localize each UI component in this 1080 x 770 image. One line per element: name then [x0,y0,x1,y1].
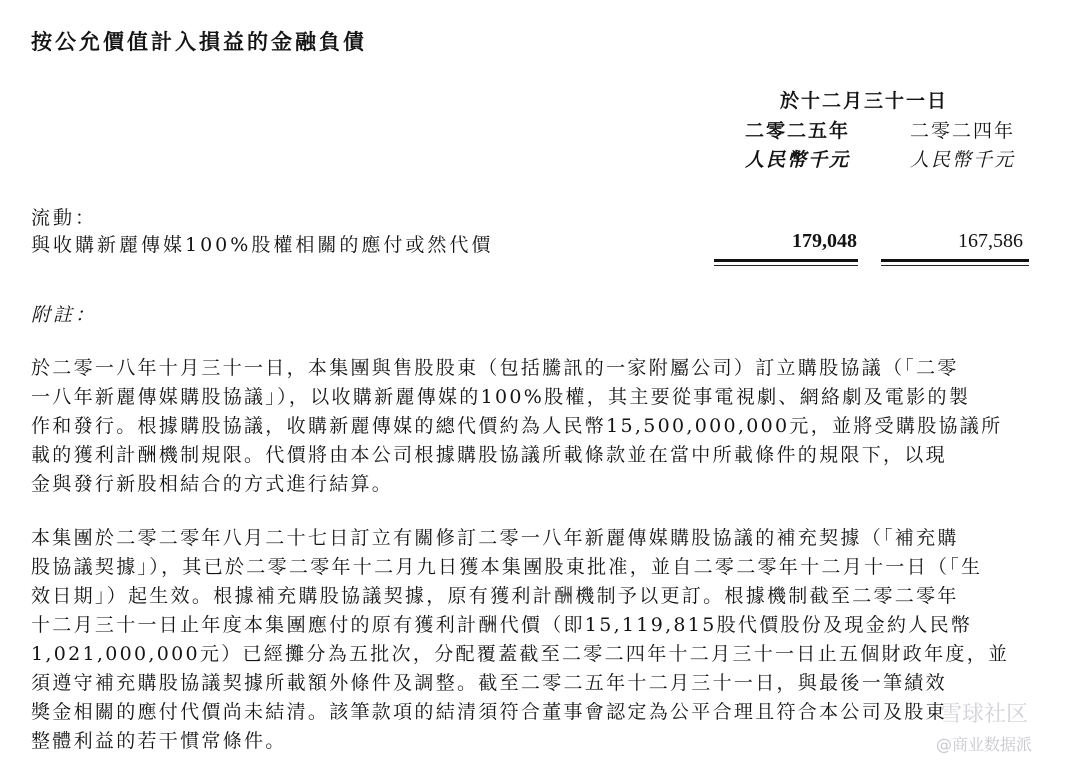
note-line: 十二月三十一日止年度本集團應付的原有獲利計酬代價（即15,119,815股代價股… [31,611,1031,640]
note-line: 作和發行。根據購股協議，收購新麗傳媒的總代價約為人民幣15,500,000,00… [31,412,1031,441]
notes-heading: 附註： [31,300,97,327]
total-double-rule-2025-top [714,259,858,262]
column-year-2024: 二零二四年 [910,116,1015,143]
row-label-contingent-consideration: 與收購新麗傳媒100%股權相關的應付或然代價 [31,230,493,257]
value-2025: 179,048 [707,230,857,253]
note-line: 金與發行新股相結合的方式進行結算。 [31,470,1031,499]
note-line: 於二零一八年十月三十一日，本集團與售股股東（包括騰訊的一家附屬公司）訂立購股協議… [31,354,1031,383]
column-currency-2025: 人民幣千元 [745,145,850,172]
column-currency-2024: 人民幣千元 [910,145,1015,172]
watermark-community: 雪球社区 [940,697,1028,728]
total-double-rule-2025-bottom [714,265,858,266]
value-2024: 167,586 [873,230,1023,253]
note-paragraph-2: 本集團於二零二零年八月二十七日訂立有關修訂二零一八年新麗傳媒購股協議的補充契據（… [31,524,1031,756]
note-line: 一八年新麗傳媒購股協議」），以收購新麗傳媒的100%股權，其主要從事電視劇、網絡… [31,383,1031,412]
note-line: 本集團於二零二零年八月二十七日訂立有關修訂二零一八年新麗傳媒購股協議的補充契據（… [31,524,1031,553]
note-paragraph-1: 於二零一八年十月三十一日，本集團與售股股東（包括騰訊的一家附屬公司）訂立購股協議… [31,354,1031,499]
total-double-rule-2024-bottom [881,265,1029,266]
date-header: 於十二月三十一日 [780,86,948,113]
total-double-rule-2024-top [881,259,1029,262]
watermark-account: @商业数据派 [936,732,1032,755]
column-year-2025: 二零二五年 [745,116,850,143]
note-line: 1,021,000,000元）已經攤分為五批次，分配覆蓋截至二零二四年十二月三十… [31,640,1031,669]
note-line: 效日期」）起生效。根據補充購股協議契據，原有獲利計酬機制予以更訂。根據機制截至二… [31,582,1031,611]
section-label-current: 流動： [31,203,97,230]
note-line: 整體利益的若干慣常條件。 [31,727,1031,756]
page-title: 按公允價值計入損益的金融負債 [31,26,367,56]
note-line: 須遵守補充購股協議契據所載額外條件及調整。截至二零二五年十二月三十一日，與最後一… [31,669,1031,698]
note-line: 獎金相關的應付代價尚未結清。該筆款項的結清須符合董事會認定為公平合理且符合本公司… [31,698,1031,727]
note-line: 載的獲利計酬機制規限。代價將由本公司根據購股協議所載條款並在當中所載條件的規限下… [31,441,1031,470]
note-line: 股協議契據」），其已於二零二零年十二月九日獲本集團股東批准，並自二零二零年十二月… [31,553,1031,582]
